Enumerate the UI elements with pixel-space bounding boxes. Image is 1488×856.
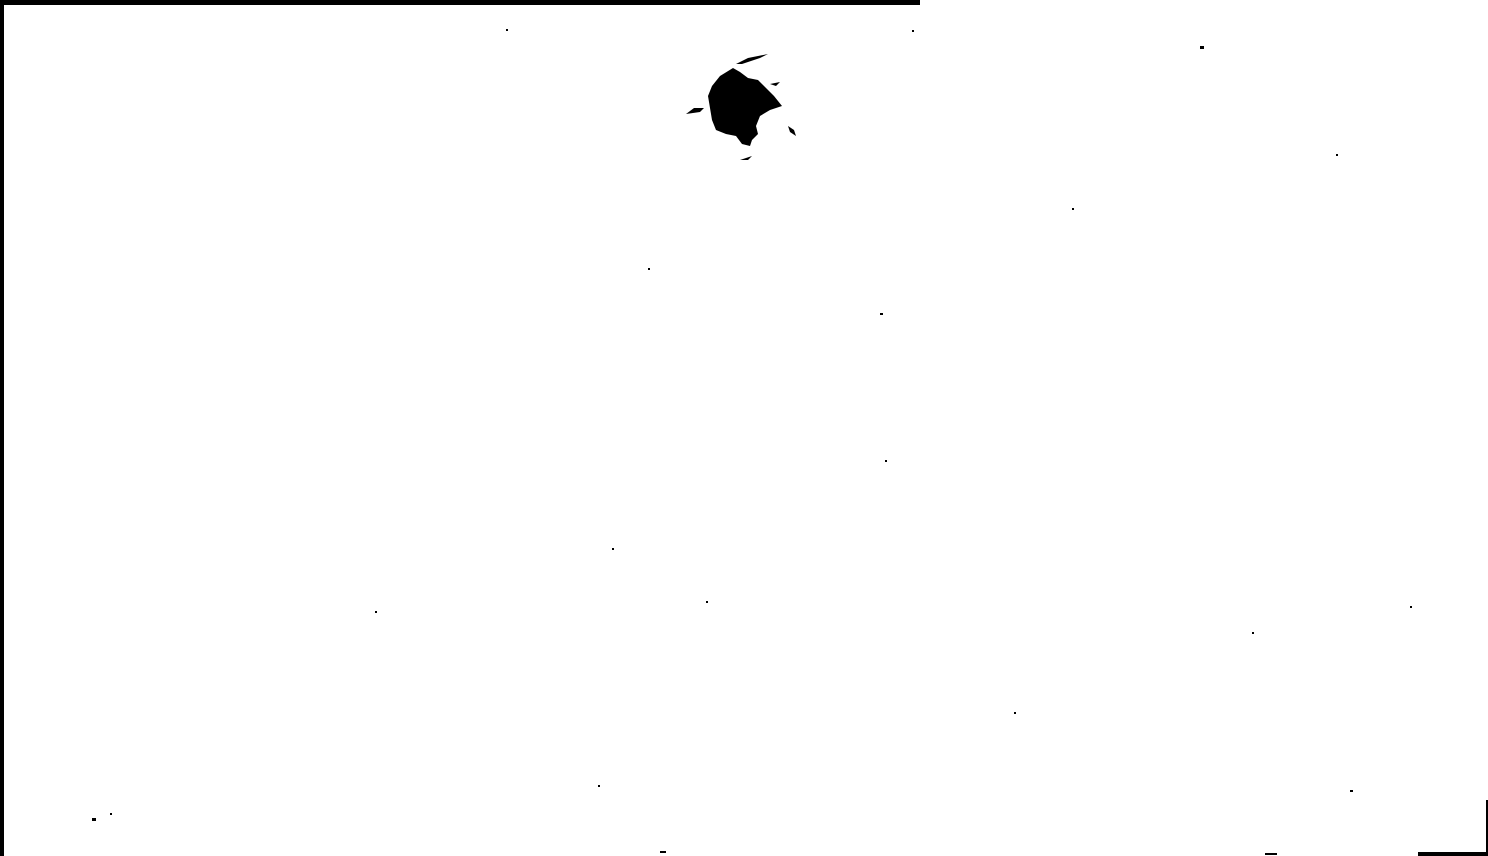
blob-figure <box>0 0 1488 856</box>
dark-blob <box>708 68 782 146</box>
image-canvas <box>0 0 1488 856</box>
speckles <box>92 29 1412 855</box>
